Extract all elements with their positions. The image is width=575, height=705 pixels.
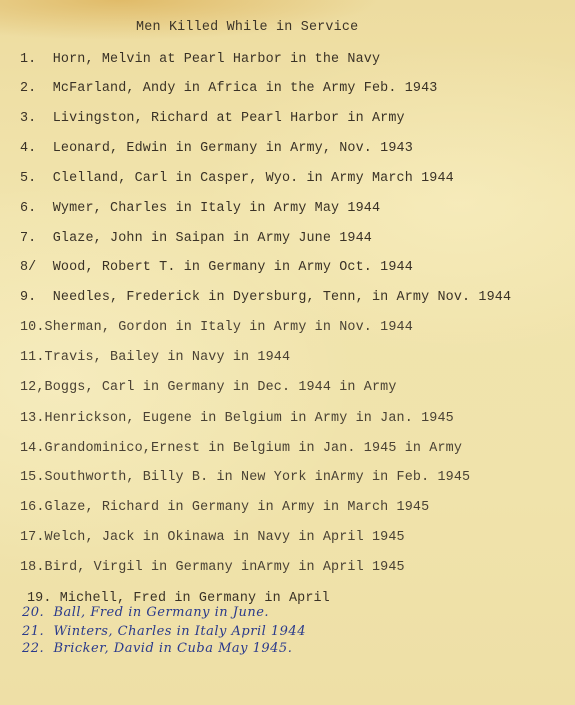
- handwritten-list-item: 20. Ball, Fred in Germany in June.: [22, 605, 269, 620]
- list-item: 4. Leonard, Edwin in Germany in Army, No…: [20, 141, 413, 156]
- list-item: 16.Glaze, Richard in Germany in Army in …: [20, 500, 429, 515]
- list-item: 1. Horn, Melvin at Pearl Harbor in the N…: [20, 52, 380, 67]
- document-page: Men Killed While in Service 1. Horn, Mel…: [0, 0, 575, 705]
- list-item: 5. Clelland, Carl in Casper, Wyo. in Arm…: [20, 171, 454, 186]
- list-item: 15.Southworth, Billy B. in New York inAr…: [20, 470, 470, 485]
- list-item: 13.Henrickson, Eugene in Belgium in Army…: [20, 411, 454, 426]
- list-item: 7. Glaze, John in Saipan in Army June 19…: [20, 231, 372, 246]
- list-item: 18.Bird, Virgil in Germany inArmy in Apr…: [20, 560, 405, 575]
- handwritten-list-item: 21. Winters, Charles in Italy April 1944: [22, 624, 306, 639]
- handwritten-list-item: 22. Bricker, David in Cuba May 1945.: [22, 641, 292, 656]
- list-item: 2. McFarland, Andy in Africa in the Army…: [20, 81, 437, 96]
- list-item: 9. Needles, Frederick in Dyersburg, Tenn…: [20, 290, 511, 305]
- list-item: 17.Welch, Jack in Okinawa in Navy in Apr…: [20, 530, 405, 545]
- list-item: 3. Livingston, Richard at Pearl Harbor i…: [20, 111, 405, 126]
- list-item: 19. Michell, Fred in Germany in April: [27, 591, 330, 606]
- list-item: 14.Grandominico,Ernest in Belgium in Jan…: [20, 441, 462, 456]
- list-item: 10.Sherman, Gordon in Italy in Army in N…: [20, 320, 413, 335]
- list-item: 8/ Wood, Robert T. in Germany in Army Oc…: [20, 260, 413, 275]
- list-item: 11.Travis, Bailey in Navy in 1944: [20, 350, 290, 365]
- list-item: 12,Boggs, Carl in Germany in Dec. 1944 i…: [20, 380, 397, 395]
- document-title: Men Killed While in Service: [136, 20, 358, 35]
- list-item: 6. Wymer, Charles in Italy in Army May 1…: [20, 201, 380, 216]
